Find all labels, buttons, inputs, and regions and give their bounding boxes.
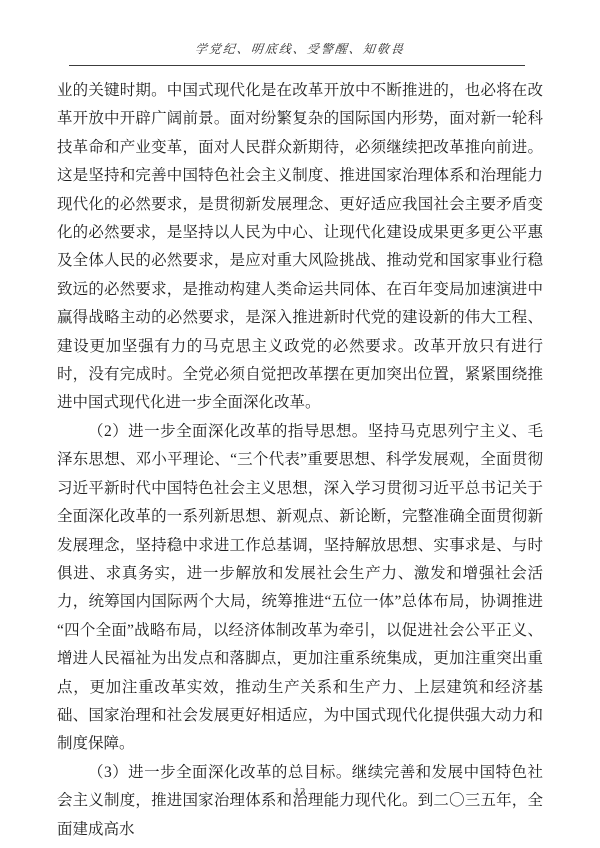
page-number: 13 (294, 787, 306, 798)
page-footer: 13 (0, 782, 600, 800)
document-page: 学党纪、明底线、受警醒、知敬畏 业的关键时期。中国式现代化是在改革开放中不断推进… (0, 0, 600, 848)
paragraph-continuation: 业的关键时期。中国式现代化是在改革开放中不断推进的，也必将在改革开放中开辟广阔前… (57, 77, 543, 418)
page-header: 学党纪、明底线、受警醒、知敬畏 (0, 40, 600, 58)
header-divider (69, 65, 525, 66)
document-body: 业的关键时期。中国式现代化是在改革开放中不断推进的，也必将在改革开放中开辟广阔前… (57, 77, 543, 844)
paragraph-item-2: （2）进一步全面深化改革的指导思想。坚持马克思列宁主义、毛泽东思想、邓小平理论、… (57, 418, 543, 759)
running-header-title: 学党纪、明底线、受警醒、知敬畏 (194, 40, 406, 57)
paragraph-item-3: （3）进一步全面深化改革的总目标。继续完善和发展中国特色社会主义制度，推进国家治… (57, 759, 543, 844)
